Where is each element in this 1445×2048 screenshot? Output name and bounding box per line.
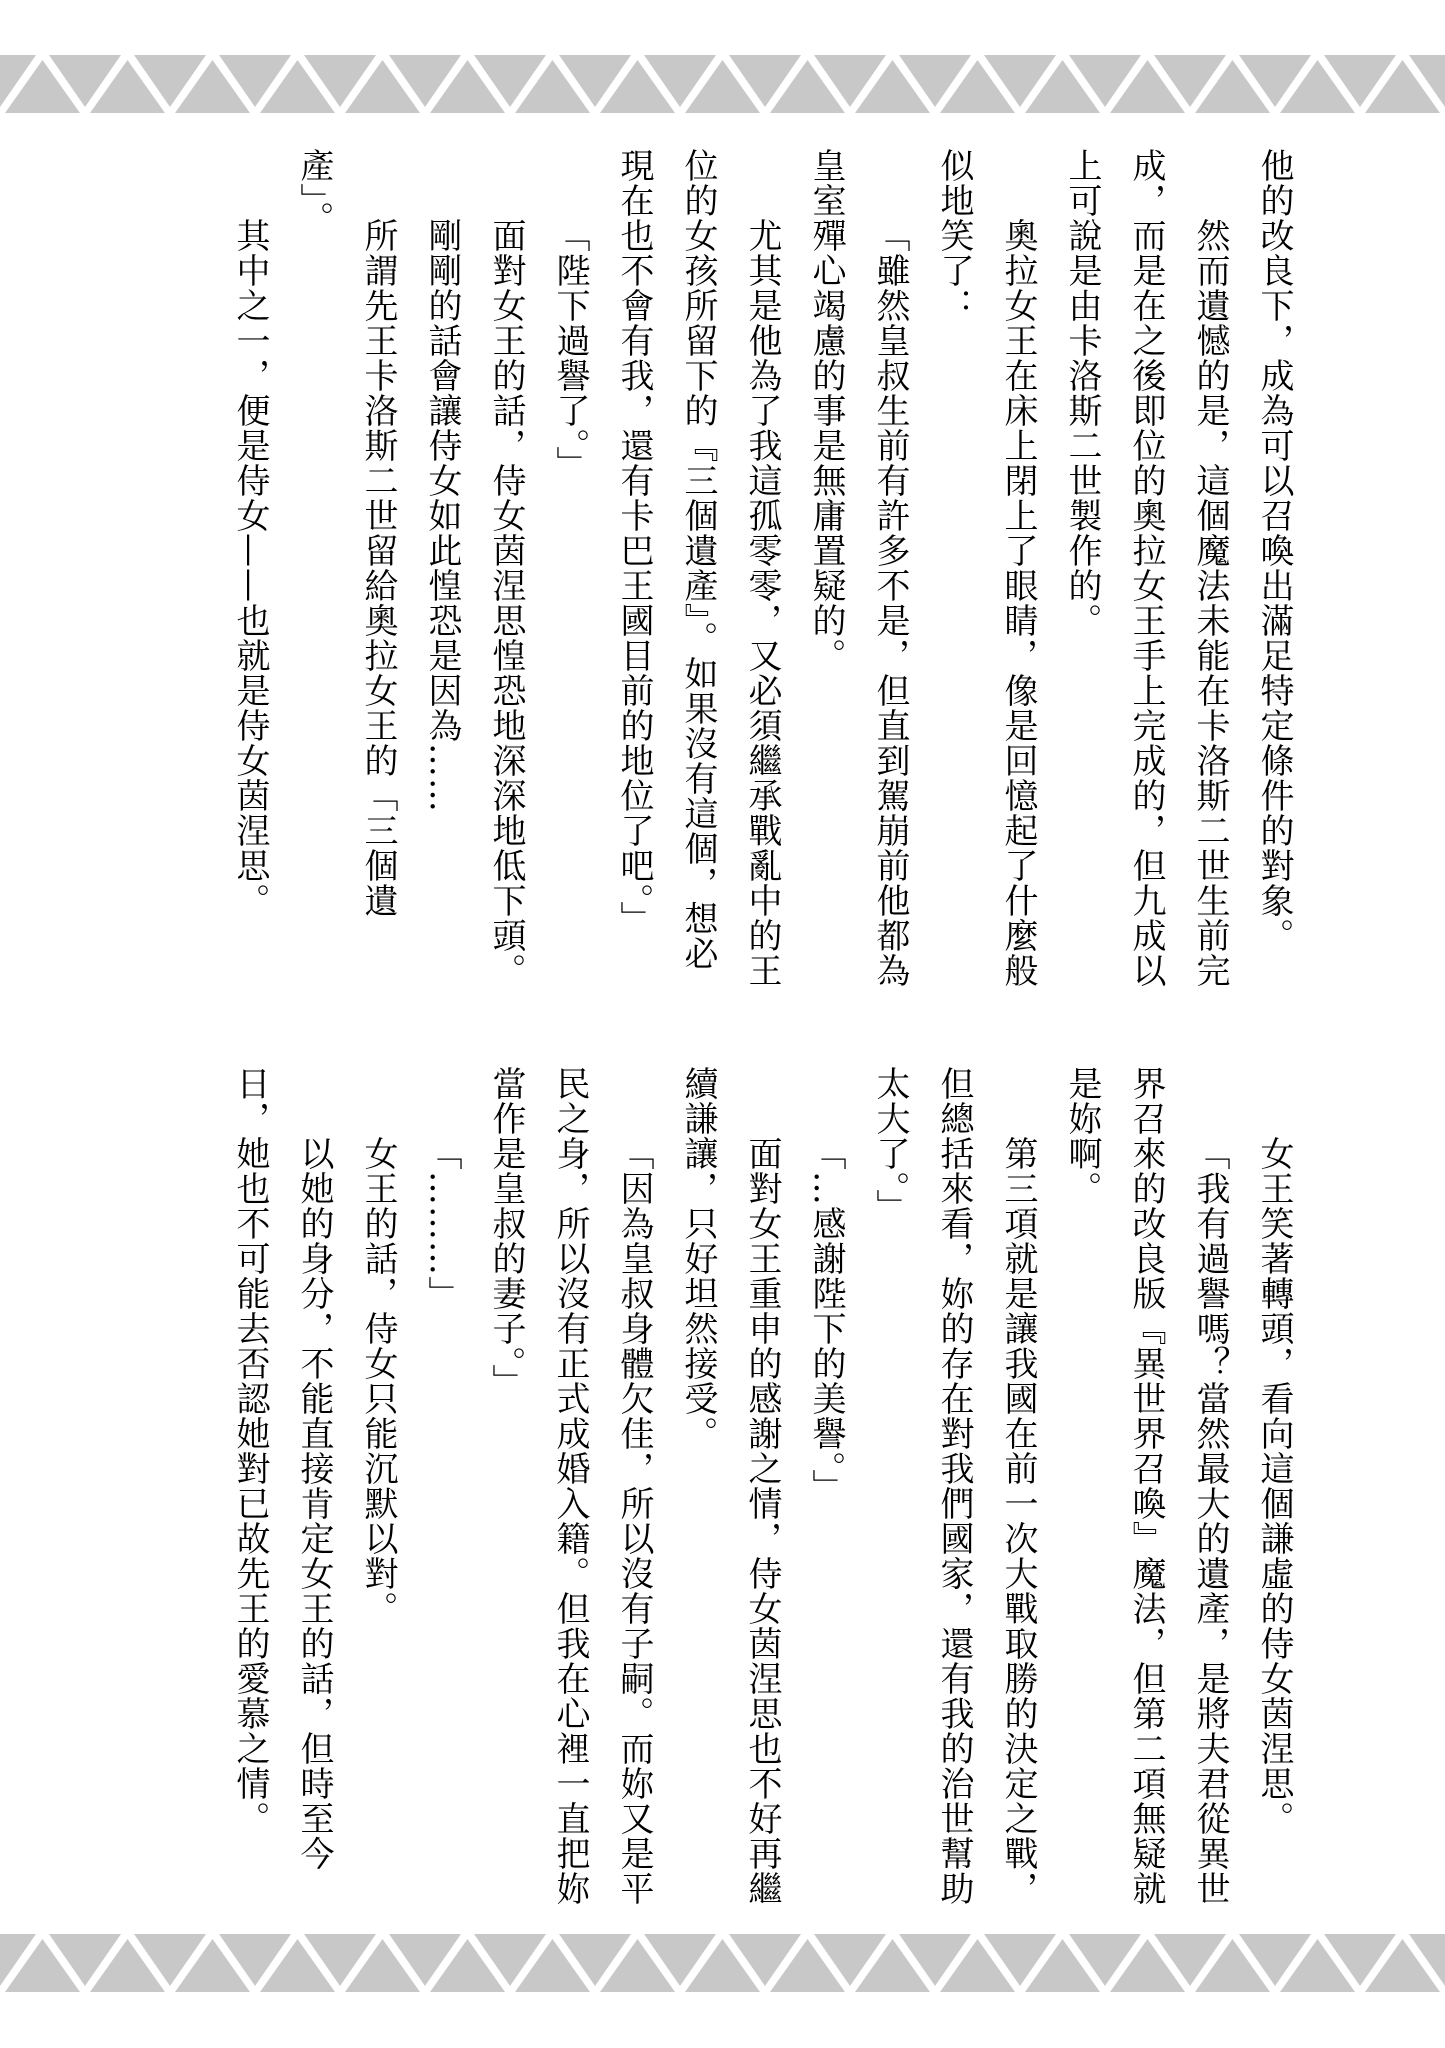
text-column: 似地笑了： xyxy=(922,148,986,990)
text-column: 女王的話，侍女只能沉默以對。 xyxy=(346,1066,410,1908)
text-column: 皇室殫心竭慮的事是無庸置疑的。 xyxy=(794,148,858,990)
text-column: 日，她也不可能去否認她對已故先王的愛慕之情。 xyxy=(218,1066,282,1908)
text-column: 奧拉女王在床上閉上了眼睛，像是回憶起了什麼般 xyxy=(986,148,1050,990)
upper-text-block: 他的改良下，成為可以召喚出滿足特定條件的對象。 然而遺憾的是，這個魔法未能在卡洛… xyxy=(218,148,1306,990)
text-column: 第三項就是讓我國在前一次大戰取勝的決定之戰， xyxy=(986,1066,1050,1908)
decorative-border-bottom xyxy=(0,1934,1445,1992)
text-column: 當作是皇叔的妻子。」 xyxy=(474,1066,538,1908)
text-column: 「…感謝陛下的美譽。」 xyxy=(794,1066,858,1908)
text-column: 是妳啊。 xyxy=(1050,1066,1114,1908)
text-column: 「陛下過譽了。」 xyxy=(538,148,602,990)
text-column: 民之身，所以沒有正式成婚入籍。但我在心裡一直把妳 xyxy=(538,1066,602,1908)
text-column: 然而遺憾的是，這個魔法未能在卡洛斯二世生前完 xyxy=(1178,148,1242,990)
text-column: 太大了。」 xyxy=(858,1066,922,1908)
text-column: 但總括來看，妳的存在對我們國家，還有我的治世幫助 xyxy=(922,1066,986,1908)
text-column: 剛剛的話會讓侍女如此惶恐是因為…… xyxy=(410,148,474,990)
text-column: 「因為皇叔身體欠佳，所以沒有子嗣。而妳又是平 xyxy=(602,1066,666,1908)
text-column: 「………」 xyxy=(410,1066,474,1908)
text-column: 上可說是由卡洛斯二世製作的。 xyxy=(1050,148,1114,990)
text-column: 尤其是他為了我這孤零零，又必須繼承戰亂中的王 xyxy=(730,148,794,990)
text-column: 女王笑著轉頭，看向這個謙虛的侍女茵涅思。 xyxy=(1242,1066,1306,1908)
text-column: 以她的身分，不能直接肯定女王的話，但時至今 xyxy=(282,1066,346,1908)
text-column: 「雖然皇叔生前有許多不是，但直到駕崩前他都為 xyxy=(858,148,922,990)
text-column: 成，而是在之後即位的奧拉女王手上完成的，但九成以 xyxy=(1114,148,1178,990)
text-column: 「我有過譽嗎？當然最大的遺產，是將夫君從異世 xyxy=(1178,1066,1242,1908)
text-column: 位的女孩所留下的『三個遺產』。如果沒有這個，想必 xyxy=(666,148,730,990)
text-column: 其中之一，便是侍女——也就是侍女茵涅思。 xyxy=(218,148,282,990)
text-column: 面對女王重申的感謝之情，侍女茵涅思也不好再繼 xyxy=(730,1066,794,1908)
lower-text-block: 女王笑著轉頭，看向這個謙虛的侍女茵涅思。 「我有過譽嗎？當然最大的遺產，是將夫君… xyxy=(218,1066,1306,1908)
text-column: 產」。 xyxy=(282,148,346,990)
text-column: 他的改良下，成為可以召喚出滿足特定條件的對象。 xyxy=(1242,148,1306,990)
text-column: 所謂先王卡洛斯二世留給奧拉女王的「三個遺 xyxy=(346,148,410,990)
decorative-border-top xyxy=(0,55,1445,113)
text-column: 現在也不會有我，還有卡巴王國目前的地位了吧。」 xyxy=(602,148,666,990)
text-column: 續謙讓，只好坦然接受。 xyxy=(666,1066,730,1908)
text-column: 界召來的改良版『異世界召喚』魔法，但第二項無疑就 xyxy=(1114,1066,1178,1908)
text-column: 面對女王的話，侍女茵涅思惶恐地深深地低下頭。 xyxy=(474,148,538,990)
